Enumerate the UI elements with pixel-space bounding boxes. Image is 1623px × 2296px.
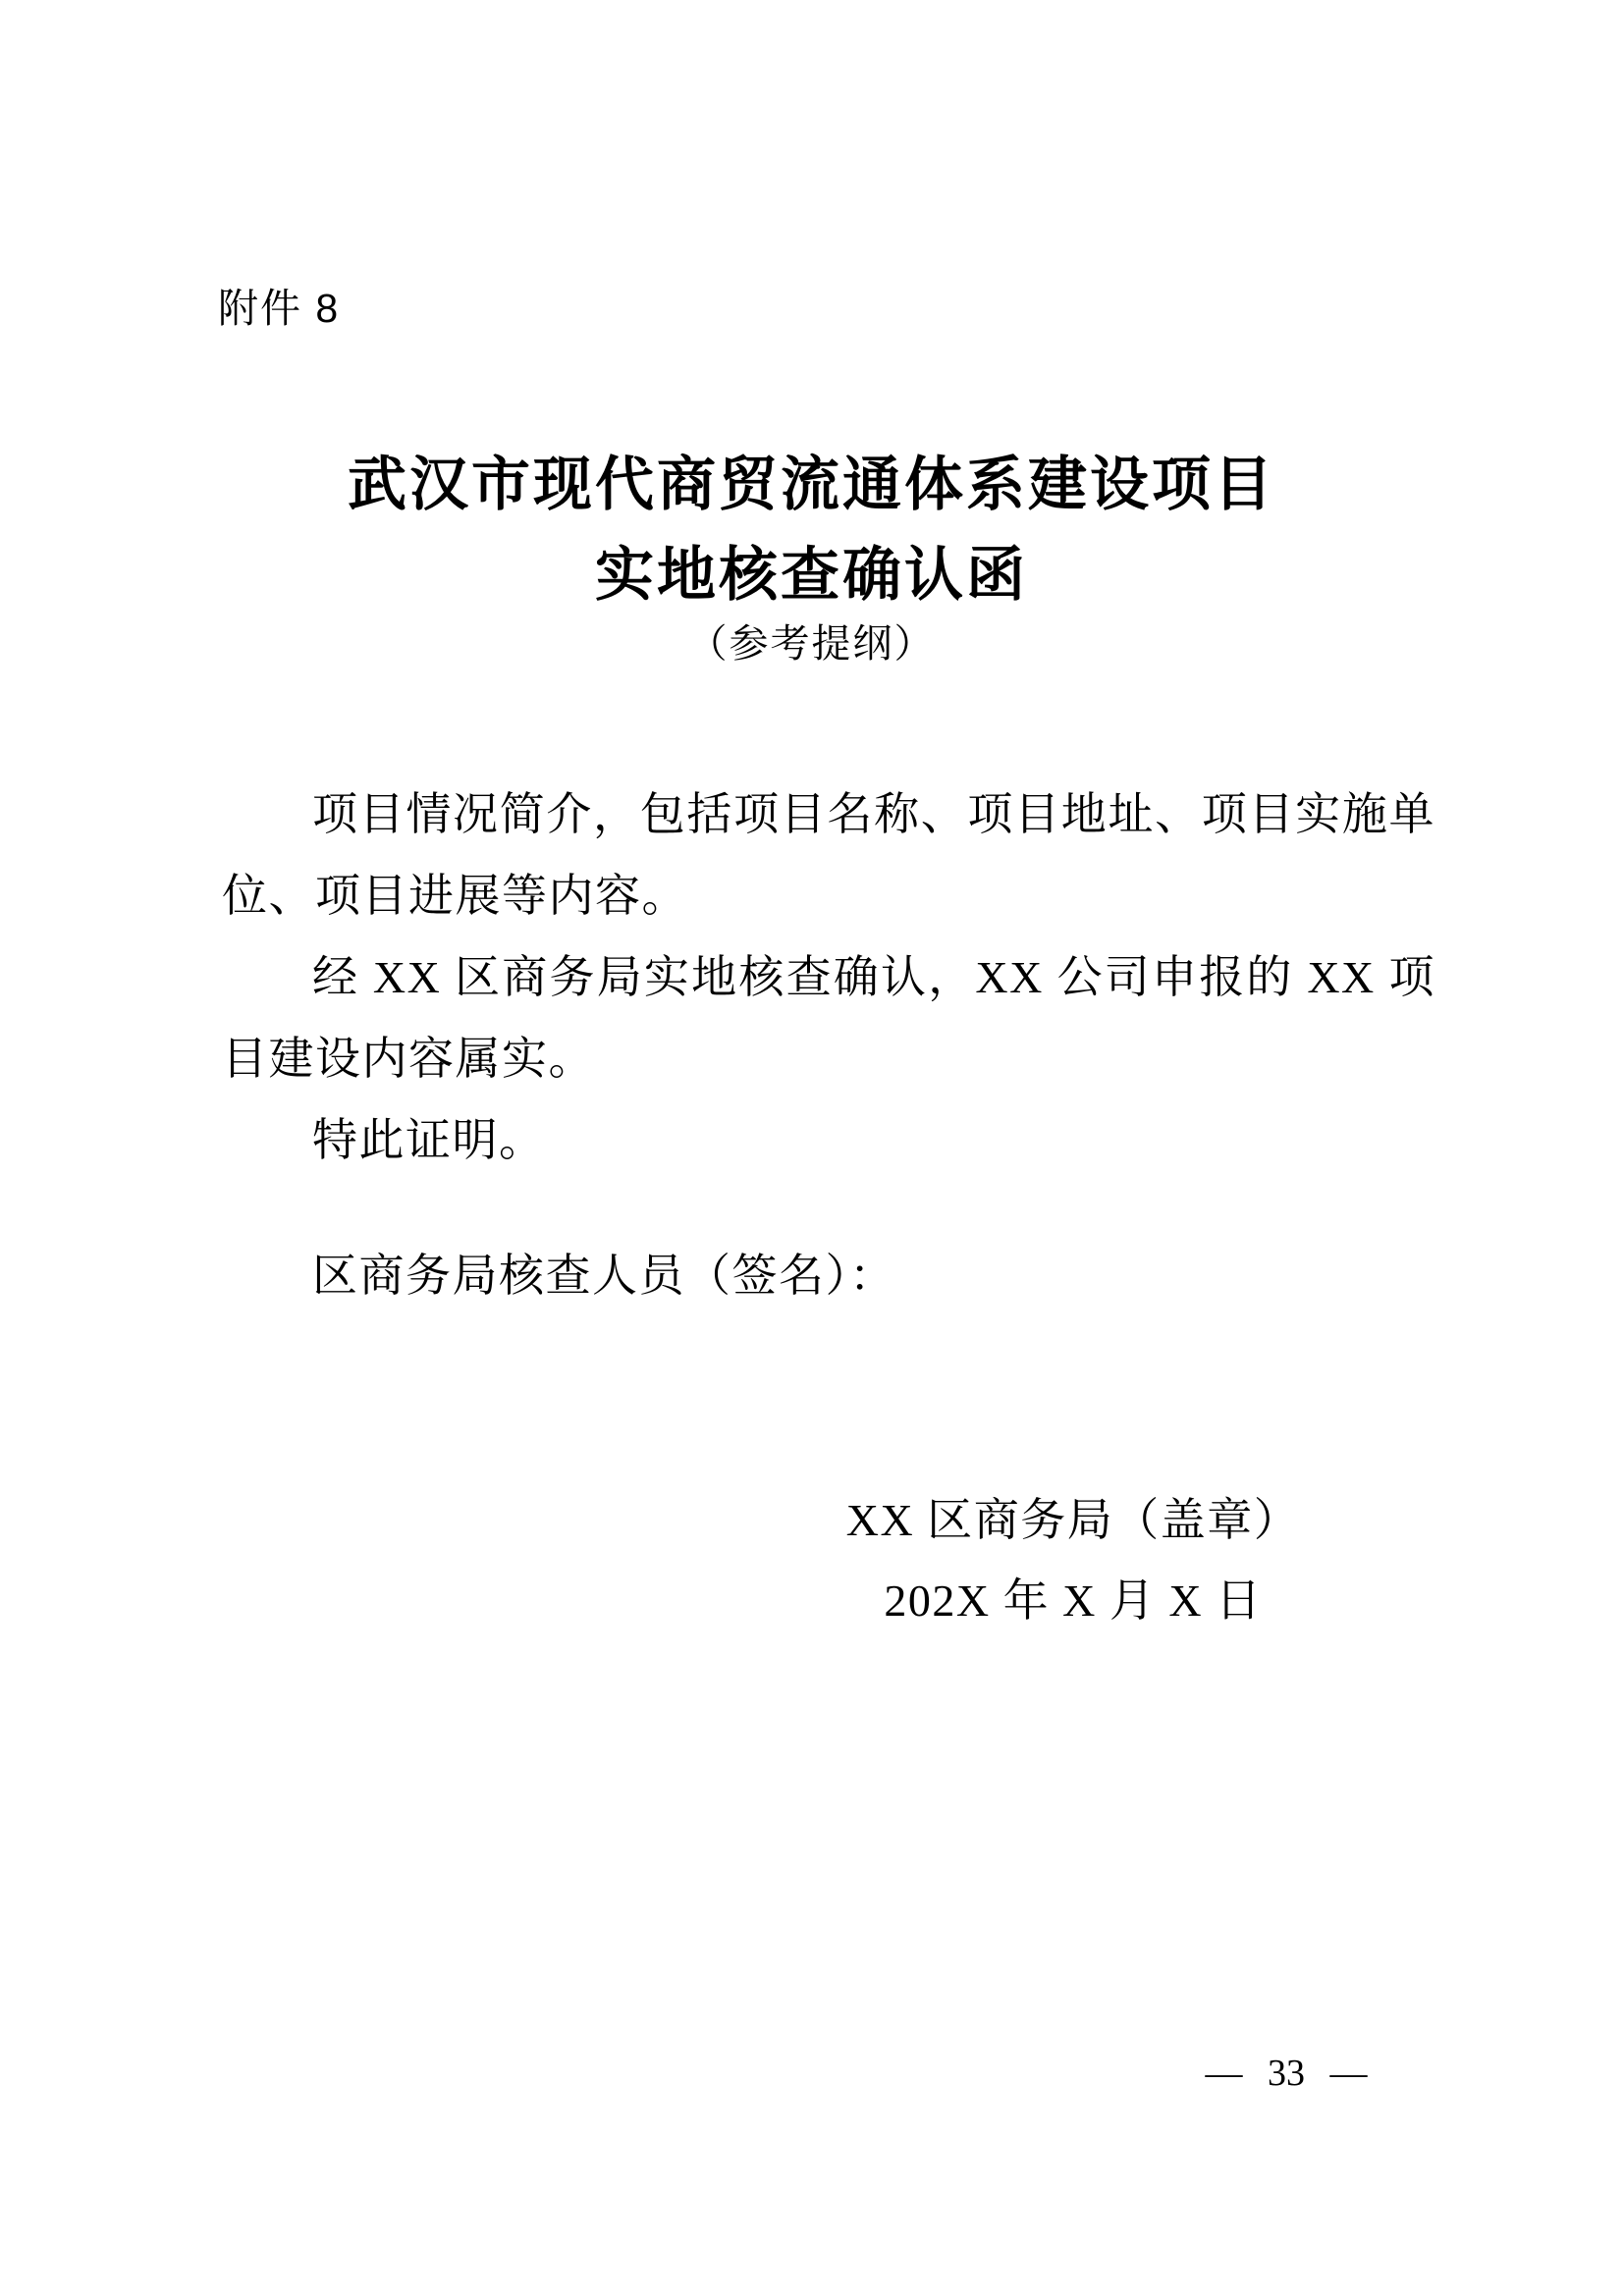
document-title-line1: 武汉市现代商贸流通体系建设项目 [348, 453, 1275, 517]
stamp-and-date-block: XX 区商务局（盖章） 202X 年 X 月 X 日 [846, 1480, 1300, 1641]
paragraph-verification-statement: 经 XX 区商务局实地核查确认，XX 公司申报的 XX 项目建设内容属实。 [222, 936, 1435, 1099]
paragraph-project-intro: 项目情况简介，包括项目名称、项目地址、项目实施单位、项目进展等内容。 [222, 774, 1435, 936]
date-line: 202X 年 X 月 X 日 [846, 1561, 1300, 1641]
document-title: 武汉市现代商贸流通体系建设项目 实地核查确认函 [0, 440, 1623, 620]
stamp-line: XX 区商务局（盖章） [846, 1480, 1300, 1561]
document-title-line2: 实地核查确认函 [595, 543, 1028, 608]
paragraph-certify: 特此证明。 [222, 1099, 1435, 1181]
document-subtitle: （参考提纲） [0, 618, 1623, 669]
document-page: 附件 8 武汉市现代商贸流通体系建设项目 实地核查确认函 （参考提纲） 项目情况… [0, 0, 1623, 2296]
page-number: — 33 — [1206, 2050, 1368, 2097]
document-body: 项目情况简介，包括项目名称、项目地址、项目实施单位、项目进展等内容。 经 XX … [222, 774, 1435, 1181]
attachment-label: 附件 8 [218, 285, 340, 333]
signature-label: 区商务局核查人员（签名）： [222, 1235, 1435, 1316]
